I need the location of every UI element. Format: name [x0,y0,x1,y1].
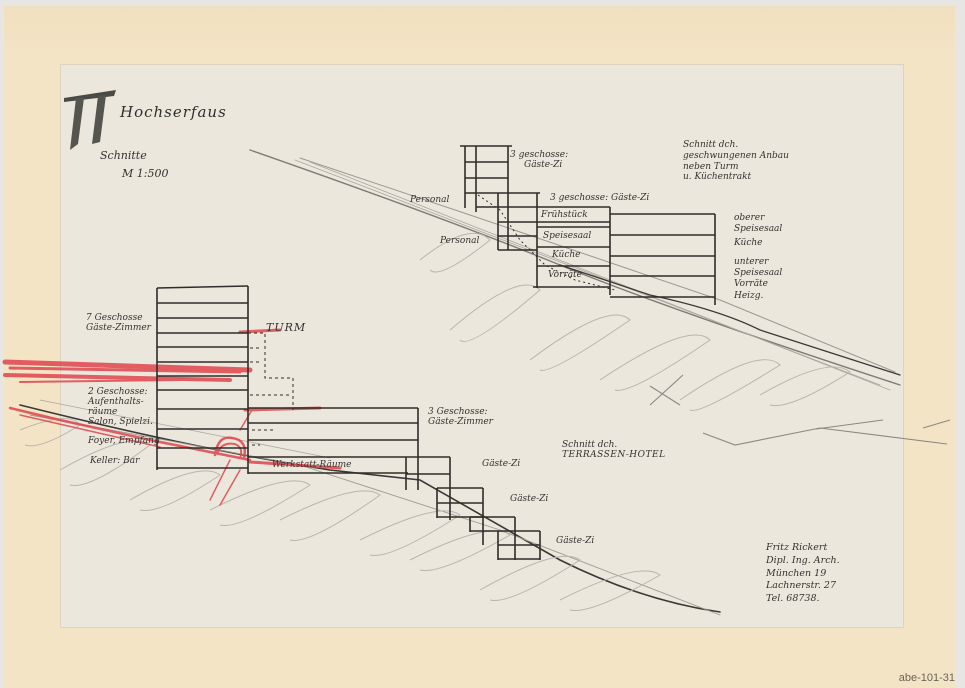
room-label-fruehstueck: Frühstück [541,210,588,220]
lower-section-caption: Schnitt dch. TERRASSEN-HOTEL [562,440,666,461]
wing-label: 3 Geschosse: Gäste-Zimmer [428,408,493,428]
room-label-speisesaal: Speisesaal [543,231,591,241]
upper-building-section [460,146,715,305]
terrace-label-3: Gäste-Zi [556,536,594,546]
personal-label-1: Personal [410,195,449,205]
terrace-label-2: Gäste-Zi [510,494,548,504]
lower-terrain-lines [20,400,720,615]
upper-mid-block-label: 3 geschosse: Gäste-Zi [550,193,649,203]
foyer-label: Foyer, Empfang [88,436,160,446]
catalog-number: abe-101-31 [899,672,955,684]
upper-hatching [420,233,850,410]
werkstatt-label: Werkstatt-Räume [272,460,351,470]
architect-signature: Fritz Rickert Dipl. Ing. Arch. München 1… [766,542,840,606]
terrace-label-1: Gäste-Zi [482,459,520,469]
turm-label: TURM [266,322,306,335]
room-label-kueche: Küche [552,250,581,260]
turm-dashed-outline [248,333,293,445]
lower-floors-label: 2 Geschosse: Aufenthalts- räume Salon, S… [88,388,153,428]
personal-label-2: Personal [440,236,479,246]
pi-logo-icon [62,84,118,156]
upper-section-caption: Schnitt dch. geschwungenen Anbau neben T… [683,140,789,183]
drawing-title: Hochserfaus [120,104,227,121]
room-label-vorraete: Vorräte [548,270,582,280]
tower-floors-label: 7 Geschosse Gäste-Zimmer [86,314,151,334]
upper-top-block-label: 3 geschosse: Gäste-Zi [510,150,568,171]
drawing-scale: M 1:500 [122,168,168,181]
cellar-label: Keller: Bar [90,456,139,466]
drawing-subtitle: Schnitte [100,150,147,163]
upper-right-block-labels: oberer Speisesaal Küche unterer Speisesa… [734,213,782,302]
